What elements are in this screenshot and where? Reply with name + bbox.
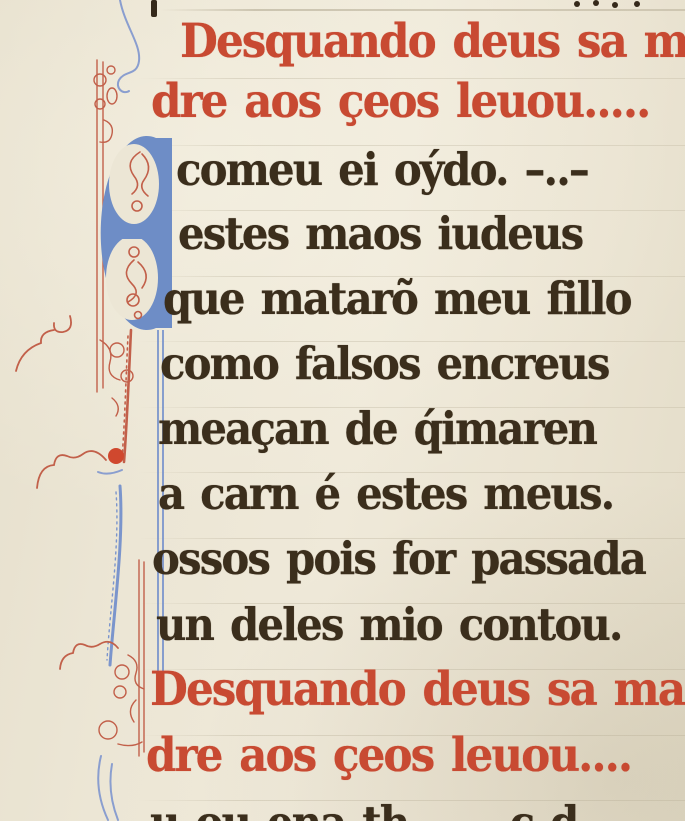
blue-top-flourish-icon [118,0,139,92]
bottom-blue-curves-icon [98,756,118,820]
verse-line-4: como falsos encreus [160,337,609,390]
cropped-bottom-line: u ou ena th ç d [150,796,577,821]
blue-serrated-stem-icon [98,470,122,665]
lower-red-filigree-icon [99,560,144,756]
red-serrated-stem-icon [108,330,131,464]
refrain-line-4: dre aos çeos leuou.... [146,728,631,783]
red-blob-icon [108,448,124,464]
refrain-line-2: dre aos çeos leuou..... [151,74,649,129]
verse-line-5: meaçan de q́imaren [158,402,596,455]
manuscript-page: Desquando deus sa ma dre aos çeos leuou.… [0,0,685,821]
refrain-line-3: Desquando deus sa ma [150,662,684,717]
verse-line-3: que matarõ meu fillo [163,272,631,325]
verse-line-1: comeu ei oýdo. –..– [176,143,588,196]
verse-line-7: ossos pois for passada [152,532,645,585]
initial-E [101,136,172,330]
verse-line-6: a carn é estes meus. [158,467,613,520]
verse-line-2: estes maos iudeus [178,207,582,260]
verse-line-8: un deles mio contou. [156,598,622,651]
refrain-line-1: Desquando deus sa ma [180,14,685,69]
